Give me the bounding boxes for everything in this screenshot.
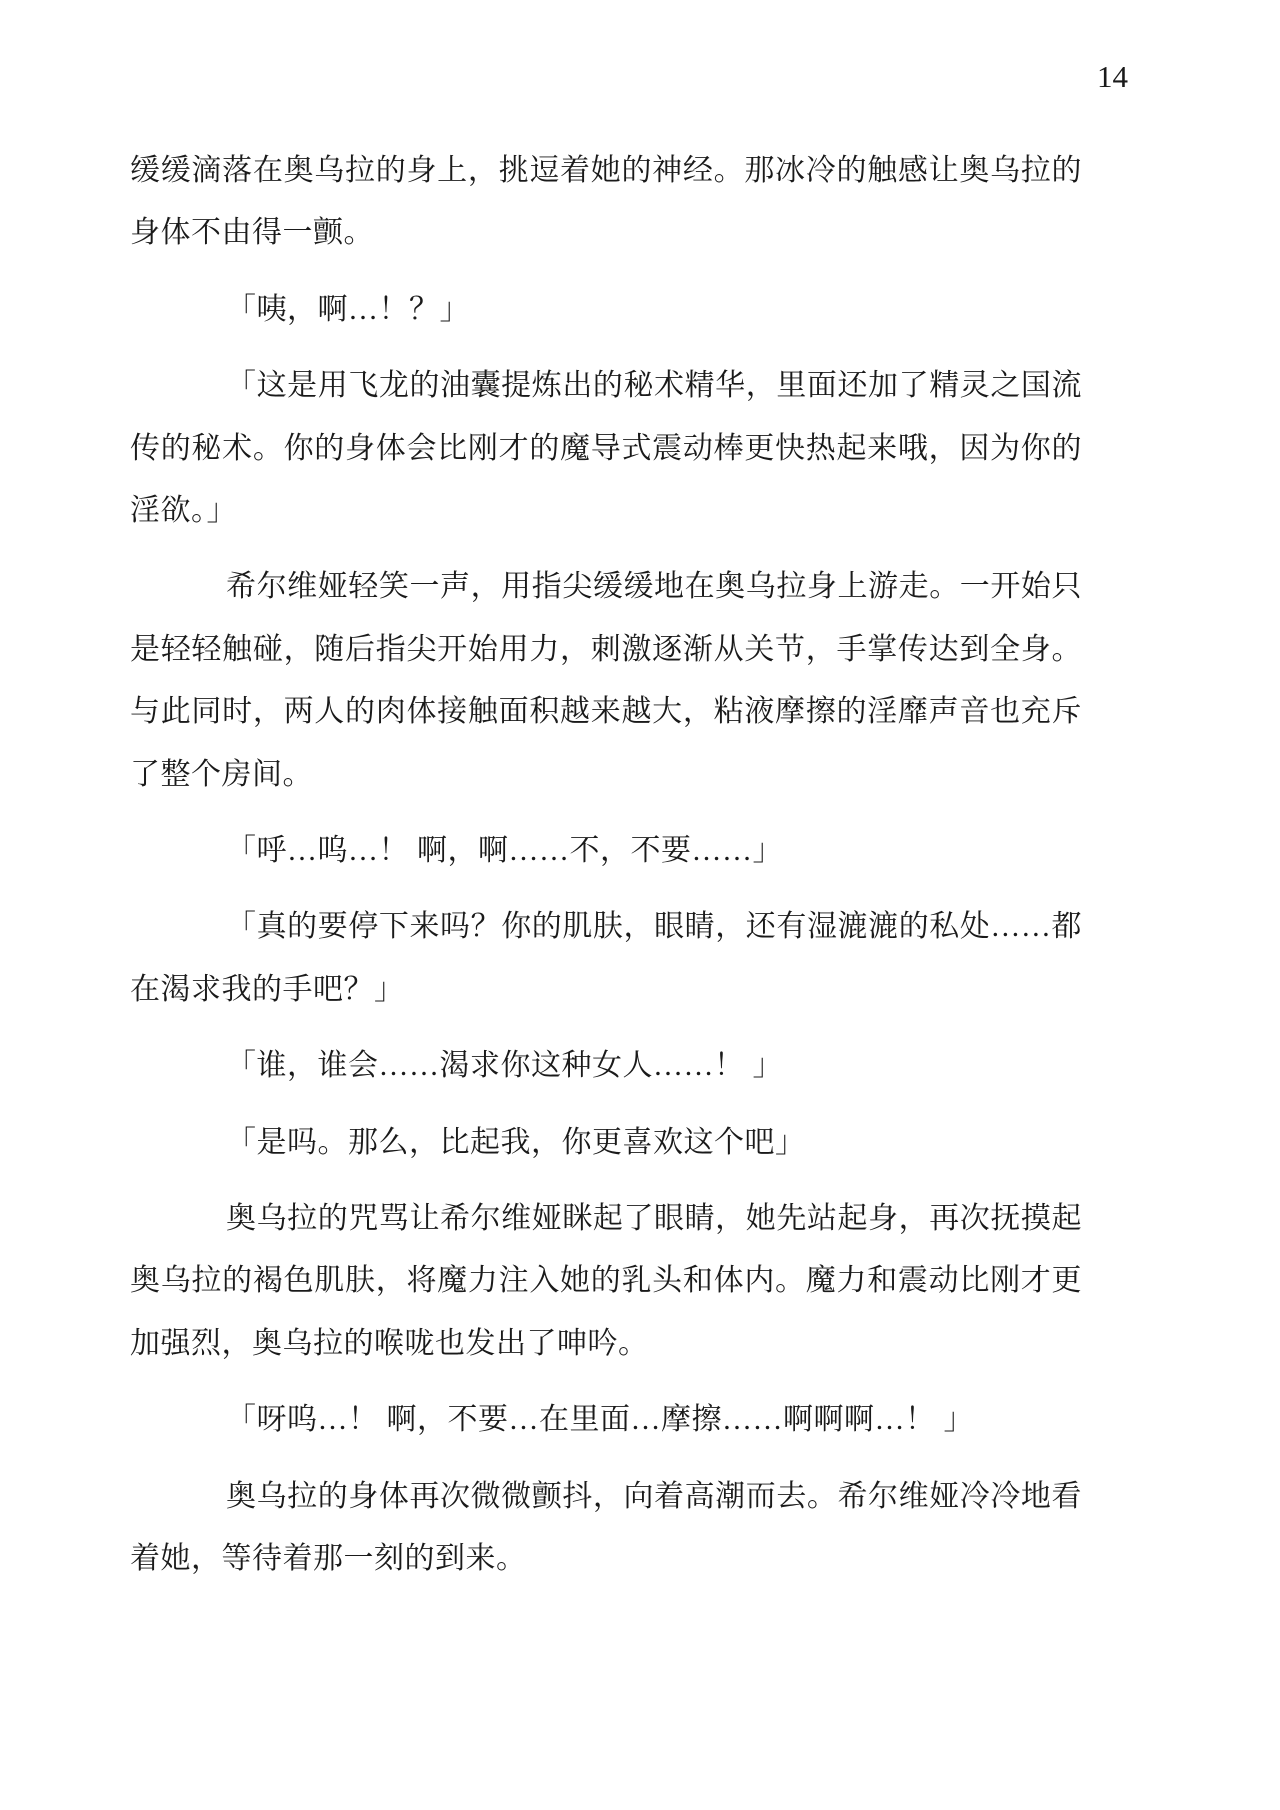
paragraph-dialogue: 「真的要停下来吗？你的肌肤，眼睛，还有湿漉漉的私处……都在渴求我的手吧？」 — [130, 896, 1082, 1021]
paragraph-body: 奥乌拉的身体再次微微颤抖，向着高潮而去。希尔维娅冷冷地看着她，等待着那一刻的到来… — [130, 1466, 1082, 1591]
paragraph-list: 缓缓滴落在奥乌拉的身上，挑逗着她的神经。那冰冷的触感让奥乌拉的身体不由得一颤。「… — [130, 140, 1082, 1590]
page-number: 14 — [0, 0, 1280, 94]
paragraph-body: 缓缓滴落在奥乌拉的身上，挑逗着她的神经。那冰冷的触感让奥乌拉的身体不由得一颤。 — [130, 140, 1082, 265]
paragraph-dialogue: 「呼…呜…！ 啊，啊……不，不要……」 — [130, 820, 1082, 882]
paragraph-dialogue: 「谁，谁会……渴求你这种女人……！ 」 — [130, 1035, 1082, 1097]
document-page: 14 缓缓滴落在奥乌拉的身上，挑逗着她的神经。那冰冷的触感让奥乌拉的身体不由得一… — [0, 0, 1280, 1810]
paragraph-dialogue: 「呀呜…！ 啊，不要…在里面…摩擦……啊啊啊…！ 」 — [130, 1389, 1082, 1451]
paragraph-dialogue: 「是吗。那么，比起我，你更喜欢这个吧」 — [130, 1112, 1082, 1174]
paragraph-body: 奥乌拉的咒骂让希尔维娅眯起了眼睛，她先站起身，再次抚摸起奥乌拉的褐色肌肤，将魔力… — [130, 1188, 1082, 1375]
paragraph-body: 希尔维娅轻笑一声，用指尖缓缓地在奥乌拉身上游走。一开始只是轻轻触碰，随后指尖开始… — [130, 556, 1082, 806]
paragraph-dialogue: 「这是用飞龙的油囊提炼出的秘术精华，里面还加了精灵之国流传的秘术。你的身体会比刚… — [130, 355, 1082, 542]
paragraph-dialogue: 「咦，啊…！？」 — [130, 279, 1082, 341]
